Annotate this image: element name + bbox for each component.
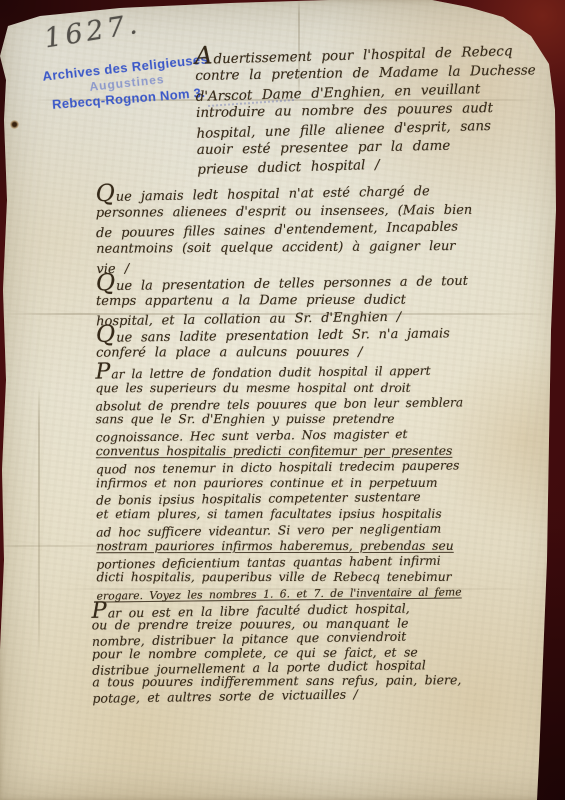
manuscript-paper: 1627. Archives des Religieuses Augustine…: [0, 0, 565, 800]
manuscript-line: Par la lettre de fondation dudit hospita…: [95, 358, 551, 383]
year-inscription: 1627.: [42, 9, 143, 55]
manuscript-paragraph: Par la lettre de fondation dudit hospita…: [95, 360, 552, 603]
manuscript-paragraph: Que sans ladite presentation ledt Sr. n'…: [96, 321, 544, 363]
worm-hole: [10, 120, 19, 129]
manuscript-paragraph: Par ou est en la libre faculté dudict ho…: [91, 597, 552, 705]
manuscript-paragraph: Que jamais ledt hospital n'at esté charg…: [95, 178, 552, 278]
photo-mat: 1627. Archives des Religieuses Augustine…: [0, 0, 565, 800]
paper-crease: [38, 385, 40, 655]
manuscript-heading: Aduertissement pour l'hospital de Rebecq…: [195, 38, 558, 178]
